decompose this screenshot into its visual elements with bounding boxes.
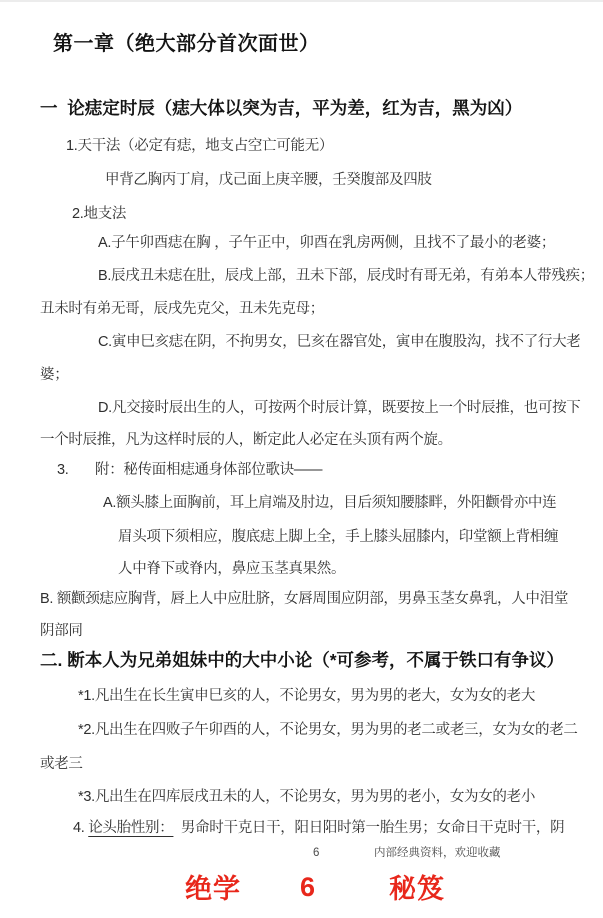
- doc-line: 丑未时有弟无哥，辰戌先克父，丑未先克母；: [40, 301, 324, 318]
- doc-line: 人中脊下或脊内，鼻应玉茎真果然。: [118, 561, 345, 578]
- doc-line: A.子午卯酉痣在胸 ，子午正中，卯酉在乳房两侧，且找不了最小的老婆；: [98, 235, 555, 252]
- footer-page-number: 6: [313, 847, 319, 861]
- doc-line: 一个时辰推，凡为这样时辰的人，断定此人必定在头顶有两个旋。: [40, 432, 452, 449]
- doc-line: D.凡交接时辰出生的人，可按两个时辰计算，既要按上一个时辰推，也可按下: [98, 400, 581, 417]
- footer-note: 内部经典资料，欢迎收藏: [374, 847, 501, 861]
- list-item-number: 4.: [73, 820, 88, 836]
- doc-line-text: 男命时干克日干，阳日阳时第一胎生男；女命日干克时干，阴: [173, 820, 564, 836]
- chapter-title: 第一章（绝大部分首次面世）: [53, 32, 320, 56]
- doc-line: C.寅申巳亥痣在阴，不拘男女，巳亥在器官处，寅申在腹股沟，找不了行大老: [98, 334, 581, 351]
- doc-line: *3.凡出生在四库辰戌丑未的人，不论男女，男为男的老小，女为女的老小: [78, 789, 535, 806]
- doc-line: 1.天干法（必定有痣，地支占空亡可能无）: [66, 138, 333, 155]
- underlined-term: 论头胎性别：: [88, 820, 173, 836]
- doc-line: 2.地支法: [72, 206, 126, 223]
- section-2-heading: 二. 断本人为兄弟姐妹中的大中小论（*可参考，不属于铁口有争议）: [40, 650, 564, 671]
- doc-line: 眉头项下须相应，腹底痣上脚上全，手上膝头屈膝内，印堂额上背相缠: [118, 529, 558, 546]
- stamp-right-text: 秘笈: [389, 873, 445, 905]
- stamp-left-text: 绝学: [185, 873, 241, 905]
- doc-line: 阴部同: [40, 623, 83, 640]
- doc-line: B. 额颧颈痣应胸背，唇上人中应肚脐，女唇周围应阴部，男鼻玉茎女鼻乳，人中泪堂: [40, 591, 568, 608]
- doc-line: *1.凡出生在长生寅申巳亥的人，不论男女，男为男的老大，女为女的老大: [78, 688, 535, 705]
- doc-line: *2.凡出生在四败子午卯酉的人，不论男女，男为男的老二或老三，女为女的老二: [78, 722, 578, 739]
- doc-line: B.辰戌丑未痣在肚，辰戌上部，丑未下部，辰戌时有哥无弟，有弟本人带残疾；: [98, 268, 594, 285]
- doc-line: 4. 论头胎性别： 男命时干克日干，阳日阳时第一胎生男；女命日干克时干，阴: [73, 820, 564, 837]
- doc-line: A.额头膝上面胸前，耳上肩端及肘边，目后须知腰膝畔，外阳颧骨亦中连: [103, 495, 556, 512]
- doc-line: 婆；: [40, 367, 68, 384]
- doc-line: 或老三: [40, 756, 83, 773]
- doc-line: 附：秘传面相痣通身体部位歌诀——: [95, 462, 322, 479]
- stamp-page-number: 6: [300, 871, 316, 903]
- section-1-heading: 一 论痣定时辰（痣大体以突为吉，平为差，红为吉，黑为凶）: [40, 98, 522, 119]
- list-item-number: 3.: [57, 462, 69, 479]
- document-page: 第一章（绝大部分首次面世） 一 论痣定时辰（痣大体以突为吉，平为差，红为吉，黑为…: [0, 0, 603, 918]
- doc-line: 甲背乙胸丙丁肩，戊己面上庚辛腰，壬癸腹部及四肢: [105, 172, 432, 189]
